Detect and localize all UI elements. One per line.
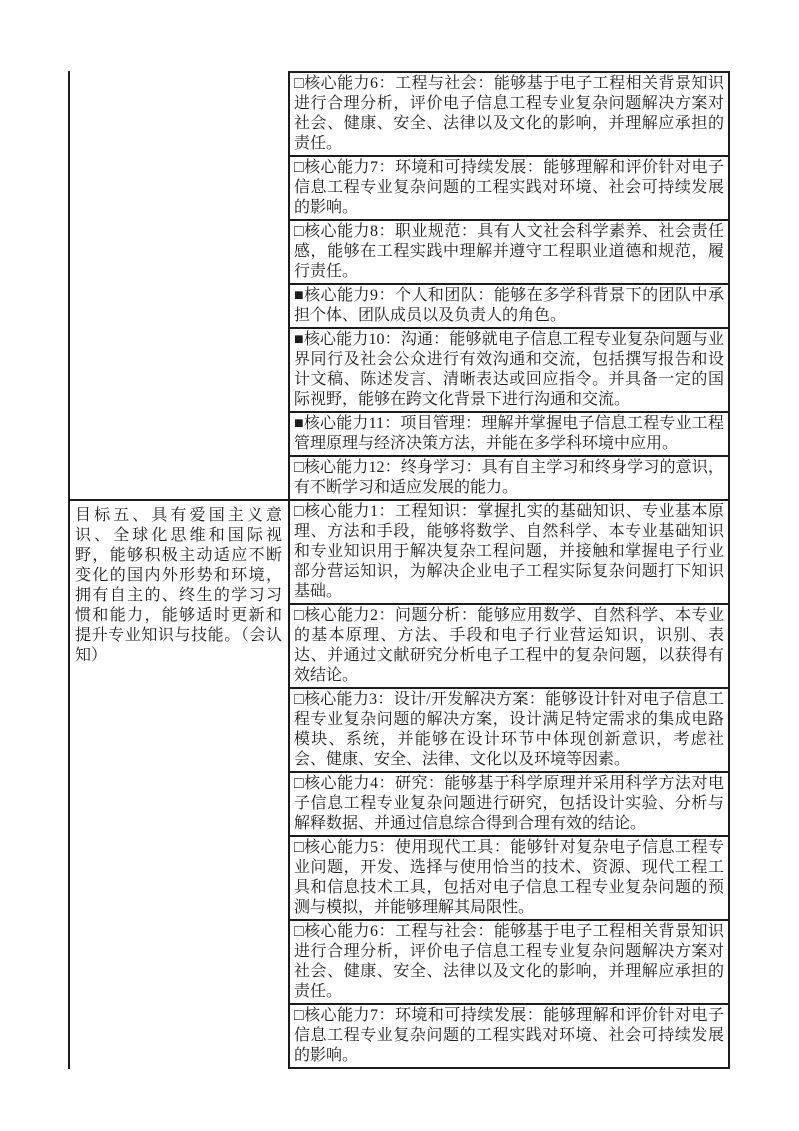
- ability-text: 核心能力6：工程与社会：能够基于电子工程相关背景知识进行合理分析，评价电子信息工…: [294, 75, 724, 152]
- ability-text: 核心能力12：终身学习：具有自主学习和终身学习的意识，有不断学习和适应发展的能力…: [294, 459, 724, 496]
- ability-text: 核心能力7：环境和可持续发展：能够理解和评价针对电子信息工程专业复杂问题的工程实…: [294, 159, 724, 216]
- ability-text: 核心能力9：个人和团队：能够在多学科背景下的团队中承担个体、团队成员以及负责人的…: [294, 287, 724, 324]
- ability-item: □核心能力12：终身学习：具有自主学习和终身学习的意识，有不断学习和适应发展的能…: [288, 455, 730, 501]
- ability-text: 核心能力2：问题分析：能够应用数学、自然科学、本专业的基本原理、方法、手段和电子…: [294, 607, 724, 684]
- objectives-table: □核心能力6：工程与社会：能够基于电子工程相关背景知识进行合理分析，评价电子信息…: [68, 71, 730, 1069]
- ability-item: □核心能力6：工程与社会：能够基于电子工程相关背景知识进行合理分析，评价电子信息…: [288, 919, 730, 1005]
- document-page: □核心能力6：工程与社会：能够基于电子工程相关背景知识进行合理分析，评价电子信息…: [0, 0, 799, 1131]
- ability-text: 核心能力5：使用现代工具：能够针对复杂电子信息工程专业问题，开发、选择与使用恰当…: [294, 839, 724, 916]
- checkbox-empty-icon: □: [294, 459, 304, 476]
- ability-item: □核心能力7：环境和可持续发展：能够理解和评价针对电子信息工程专业复杂问题的工程…: [288, 1003, 730, 1069]
- ability-item: □核心能力8：职业规范：具有人文社会科学素养、社会责任感，能够在工程实践中理解并…: [288, 219, 730, 285]
- ability-text: 核心能力7：环境和可持续发展：能够理解和评价针对电子信息工程专业复杂问题的工程实…: [294, 1007, 724, 1064]
- checkbox-empty-icon: □: [294, 75, 304, 92]
- ability-item: □核心能力3：设计/开发解决方案：能够设计针对电子信息工程专业复杂问题的解决方案…: [288, 687, 730, 773]
- checkbox-empty-icon: □: [294, 1007, 304, 1024]
- checkbox-empty-icon: □: [294, 839, 304, 856]
- abilities-column-row2: □核心能力1：工程知识：掌握扎实的基础知识、专业基本原理、方法和手段，能够将数学…: [288, 501, 730, 1069]
- ability-text: 核心能力6：工程与社会：能够基于电子工程相关背景知识进行合理分析，评价电子信息工…: [294, 923, 724, 1000]
- ability-item: □核心能力1：工程知识：掌握扎实的基础知识、专业基本原理、方法和手段，能够将数学…: [288, 501, 730, 605]
- ability-text: 核心能力4：研究：能够基于科学原理并采用科学方法对电子信息工程专业复杂问题进行研…: [294, 775, 724, 832]
- ability-item: ■核心能力10：沟通：能够就电子信息工程专业复杂问题与业界同行及社会公众进行有效…: [288, 327, 730, 413]
- ability-text: 核心能力10：沟通：能够就电子信息工程专业复杂问题与业界同行及社会公众进行有效沟…: [294, 331, 724, 408]
- checkbox-empty-icon: □: [294, 223, 304, 240]
- ability-text: 核心能力3：设计/开发解决方案：能够设计针对电子信息工程专业复杂问题的解决方案，…: [294, 691, 724, 768]
- checkbox-empty-icon: □: [294, 607, 304, 624]
- checkbox-empty-icon: □: [294, 775, 304, 792]
- checkbox-filled-icon: ■: [294, 415, 304, 432]
- checkbox-filled-icon: ■: [294, 287, 304, 304]
- checkbox-empty-icon: □: [294, 503, 304, 520]
- checkbox-empty-icon: □: [294, 923, 304, 940]
- abilities-column-row1: □核心能力6：工程与社会：能够基于电子工程相关背景知识进行合理分析，评价电子信息…: [288, 71, 730, 501]
- ability-text: 核心能力1：工程知识：掌握扎实的基础知识、专业基本原理、方法和手段，能够将数学、…: [294, 503, 724, 600]
- ability-item: □核心能力4：研究：能够基于科学原理并采用科学方法对电子信息工程专业复杂问题进行…: [288, 771, 730, 837]
- goal-text: 目标五、具有爱国主义意识、全球化思维和国际视野，能够积极主动适应不断变化的国内外…: [75, 507, 282, 664]
- checkbox-empty-icon: □: [294, 159, 304, 176]
- goal-cell-objective-five: 目标五、具有爱国主义意识、全球化思维和国际视野，能够积极主动适应不断变化的国内外…: [68, 501, 288, 1069]
- checkbox-filled-icon: ■: [294, 331, 304, 348]
- ability-item: □核心能力5：使用现代工具：能够针对复杂电子信息工程专业问题，开发、选择与使用恰…: [288, 835, 730, 921]
- ability-text: 核心能力8：职业规范：具有人文社会科学素养、社会责任感，能够在工程实践中理解并遵…: [294, 223, 724, 280]
- ability-item: □核心能力2：问题分析：能够应用数学、自然科学、本专业的基本原理、方法、手段和电…: [288, 603, 730, 689]
- ability-item: □核心能力6：工程与社会：能够基于电子工程相关背景知识进行合理分析，评价电子信息…: [288, 71, 730, 157]
- ability-text: 核心能力11：项目管理：理解并掌握电子信息工程专业工程管理原理与经济决策方法，并…: [294, 415, 724, 452]
- checkbox-empty-icon: □: [294, 691, 304, 708]
- ability-item: ■核心能力9：个人和团队：能够在多学科背景下的团队中承担个体、团队成员以及负责人…: [288, 283, 730, 329]
- ability-item: □核心能力7：环境和可持续发展：能够理解和评价针对电子信息工程专业复杂问题的工程…: [288, 155, 730, 221]
- goal-cell-continued: [68, 71, 288, 501]
- ability-item: ■核心能力11：项目管理：理解并掌握电子信息工程专业工程管理原理与经济决策方法，…: [288, 411, 730, 457]
